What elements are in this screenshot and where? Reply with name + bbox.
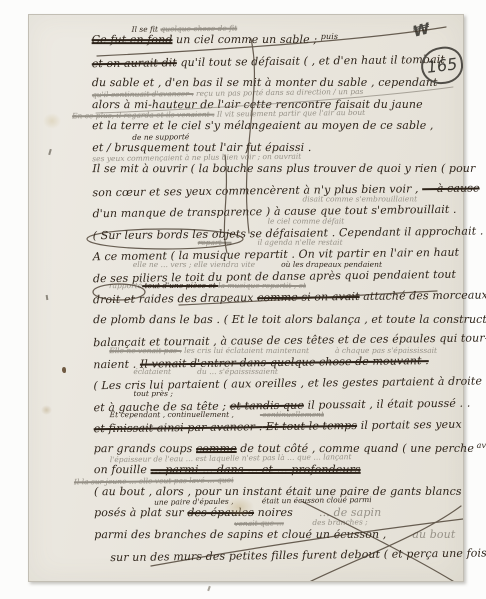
manuscript-line: sur un des murs des petites filles furen… xyxy=(110,543,458,569)
manuscript-line: parmi des branches de sapins et cloué un… xyxy=(94,523,458,545)
text-segment: posés à plat sur xyxy=(94,506,187,519)
text-segment: on fouille xyxy=(94,463,151,476)
text-segment: noires xyxy=(254,506,293,519)
manuscript-line: et finissait ainsi par avancer . Et tout… xyxy=(94,414,458,440)
stain-spot xyxy=(43,113,61,129)
text-segment: par grands coups xyxy=(94,442,196,455)
manuscript-line: droit et raides des drapeaux comme si on… xyxy=(93,285,457,311)
margin-tick xyxy=(46,295,49,300)
text-segment: il portait ses yeux xyxy=(357,418,462,432)
manuscript-page: Il se fit quelque chose de fitCe fut en … xyxy=(28,14,464,582)
text-segment: — à cause xyxy=(422,181,480,195)
manuscript-line: Il se mit à ouvrir ( la bouche sans plus… xyxy=(92,158,456,180)
text-segment: droit et raides des drapeaux xyxy=(93,291,257,306)
manuscript-lines: Il se fit quelque chose de fitCe fut en … xyxy=(92,28,459,567)
manuscript-line: Ce fut en fond un ciel comme un sable ; … xyxy=(92,29,456,51)
text-segment: de plomb dans le bas . ( Et le toit alor… xyxy=(93,312,486,325)
margin-tick xyxy=(48,149,52,155)
text-segment: et finissait ainsi par avancer . xyxy=(94,420,263,435)
stain-spot xyxy=(224,497,254,517)
text-segment: un ciel comme un sable ; xyxy=(172,33,320,46)
text-segment: Il se mit à ouvrir ( la bouche sans plus… xyxy=(92,162,475,175)
ink-speck xyxy=(62,367,66,373)
stain-spot xyxy=(41,405,52,415)
text-segment: attaché des morceaux xyxy=(360,288,486,303)
text-segment: puis xyxy=(321,32,338,41)
scanned-photo: { "page": { "number": "165", "corner_mar… xyxy=(0,0,486,599)
text-segment: Ce fut en fond xyxy=(92,33,173,46)
text-segment: parmi des branches de sapins et cloué un… xyxy=(94,527,386,540)
text-segment: avec xyxy=(474,440,486,449)
text-segment: comme si on avait xyxy=(257,290,360,304)
text-segment: sur un des murs des petites filles furen… xyxy=(110,546,486,564)
text-segment: qu'il tout se défaisait ( , et d'en haut… xyxy=(177,52,445,68)
manuscript-line: et on aurait dit qu'il tout se défaisait… xyxy=(92,48,456,74)
text-segment: Et tout le temps xyxy=(262,419,357,433)
text-segment: et on aurait dit xyxy=(92,56,177,70)
text-segment: au bout xyxy=(412,527,455,540)
dust-speck xyxy=(207,586,211,591)
manuscript-line: de plomb dans le bas . ( Et le toit alor… xyxy=(93,308,457,330)
page-number: 165 xyxy=(426,54,459,77)
